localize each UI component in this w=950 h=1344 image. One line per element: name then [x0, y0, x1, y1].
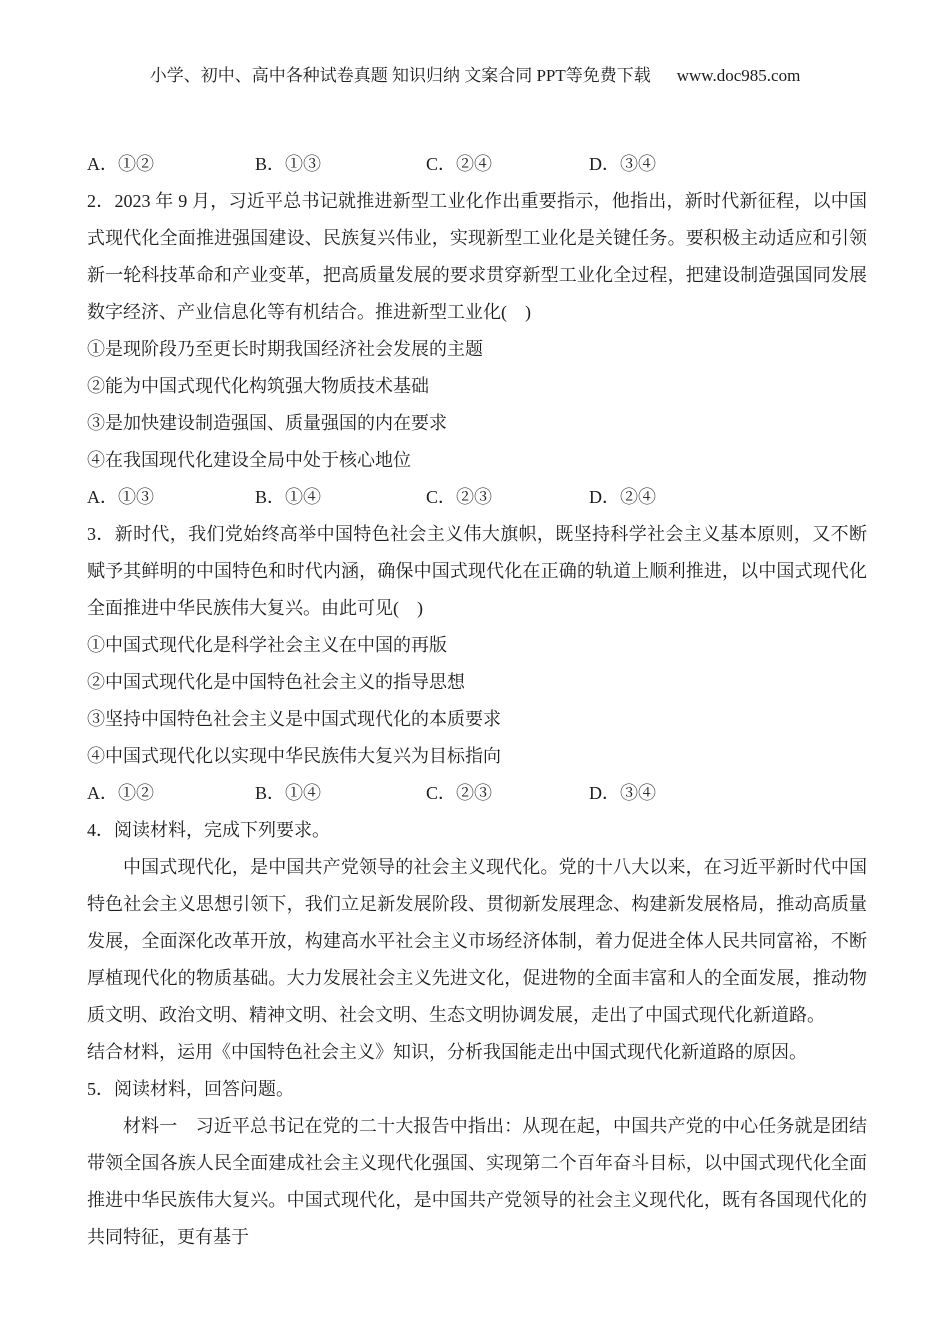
question-4-instruction: 结合材料，运用《中国特色社会主义》知识，分析我国能走出中国式现代化新道路的原因。 [87, 1034, 867, 1071]
answer-option-c: C．②③ [426, 775, 589, 812]
answer-option-b: B．①④ [255, 775, 426, 812]
answer-option-a: A．①③ [87, 479, 255, 516]
question-3-item-4: ④中国式现代化以实现中华民族伟大复兴为目标指向 [87, 738, 867, 775]
answer-option-d: D．③④ [589, 775, 656, 812]
question-2-item-3: ③是加快建设制造强国、质量强国的内在要求 [87, 405, 867, 442]
answer-option-c: C．②③ [426, 479, 589, 516]
question-4-material: 中国式现代化，是中国共产党领导的社会主义现代化。党的十八大以来，在习近平新时代中… [87, 849, 867, 1034]
question-2-item-4: ④在我国现代化建设全局中处于核心地位 [87, 442, 867, 479]
question-3-answer-row: A．①②B．①④C．②③D．③④ [87, 775, 867, 812]
answer-option-b: B．①④ [255, 479, 426, 516]
question-3-item-2: ②中国式现代化是中国特色社会主义的指导思想 [87, 664, 867, 701]
document-page: 小学、初中、高中各种试卷真题 知识归纳 文案合同 PPT等免费下载www.doc… [0, 0, 950, 1344]
exam-content: A．①②B．①③C．②④D．③④ 2．2023 年 9 月，习近平总书记就推进新… [87, 146, 867, 1256]
question-2-answer-row: A．①③B．①④C．②③D．②④ [87, 479, 867, 516]
question-4-heading: 4．阅读材料，完成下列要求。 [87, 812, 867, 849]
question-2-stem: 2．2023 年 9 月，习近平总书记就推进新型工业化作出重要指示，他指出，新时… [87, 183, 867, 331]
question-3-stem: 3．新时代，我们党始终高举中国特色社会主义伟大旗帜，既坚持科学社会主义基本原则，… [87, 516, 867, 627]
question-3-item-1: ①中国式现代化是科学社会主义在中国的再版 [87, 627, 867, 664]
question-2-item-2: ②能为中国式现代化构筑强大物质技术基础 [87, 368, 867, 405]
question-1-answer-row: A．①②B．①③C．②④D．③④ [87, 146, 867, 183]
answer-option-d: D．③④ [589, 146, 656, 183]
question-5-heading: 5．阅读材料，回答问题。 [87, 1071, 867, 1108]
question-5-material: 材料一 习近平总书记在党的二十大报告中指出：从现在起，中国共产党的中心任务就是团… [87, 1108, 867, 1256]
answer-option-a: A．①② [87, 775, 255, 812]
question-2-item-1: ①是现阶段乃至更长时期我国经济社会发展的主题 [87, 331, 867, 368]
header-promo-text: 小学、初中、高中各种试卷真题 知识归纳 文案合同 PPT等免费下载 [150, 66, 651, 85]
answer-option-c: C．②④ [426, 146, 589, 183]
answer-option-b: B．①③ [255, 146, 426, 183]
header-site-url: www.doc985.com [677, 66, 801, 85]
question-3-item-3: ③坚持中国特色社会主义是中国式现代化的本质要求 [87, 701, 867, 738]
page-header: 小学、初中、高中各种试卷真题 知识归纳 文案合同 PPT等免费下载www.doc… [0, 64, 950, 88]
answer-option-a: A．①② [87, 146, 255, 183]
answer-option-d: D．②④ [589, 479, 656, 516]
